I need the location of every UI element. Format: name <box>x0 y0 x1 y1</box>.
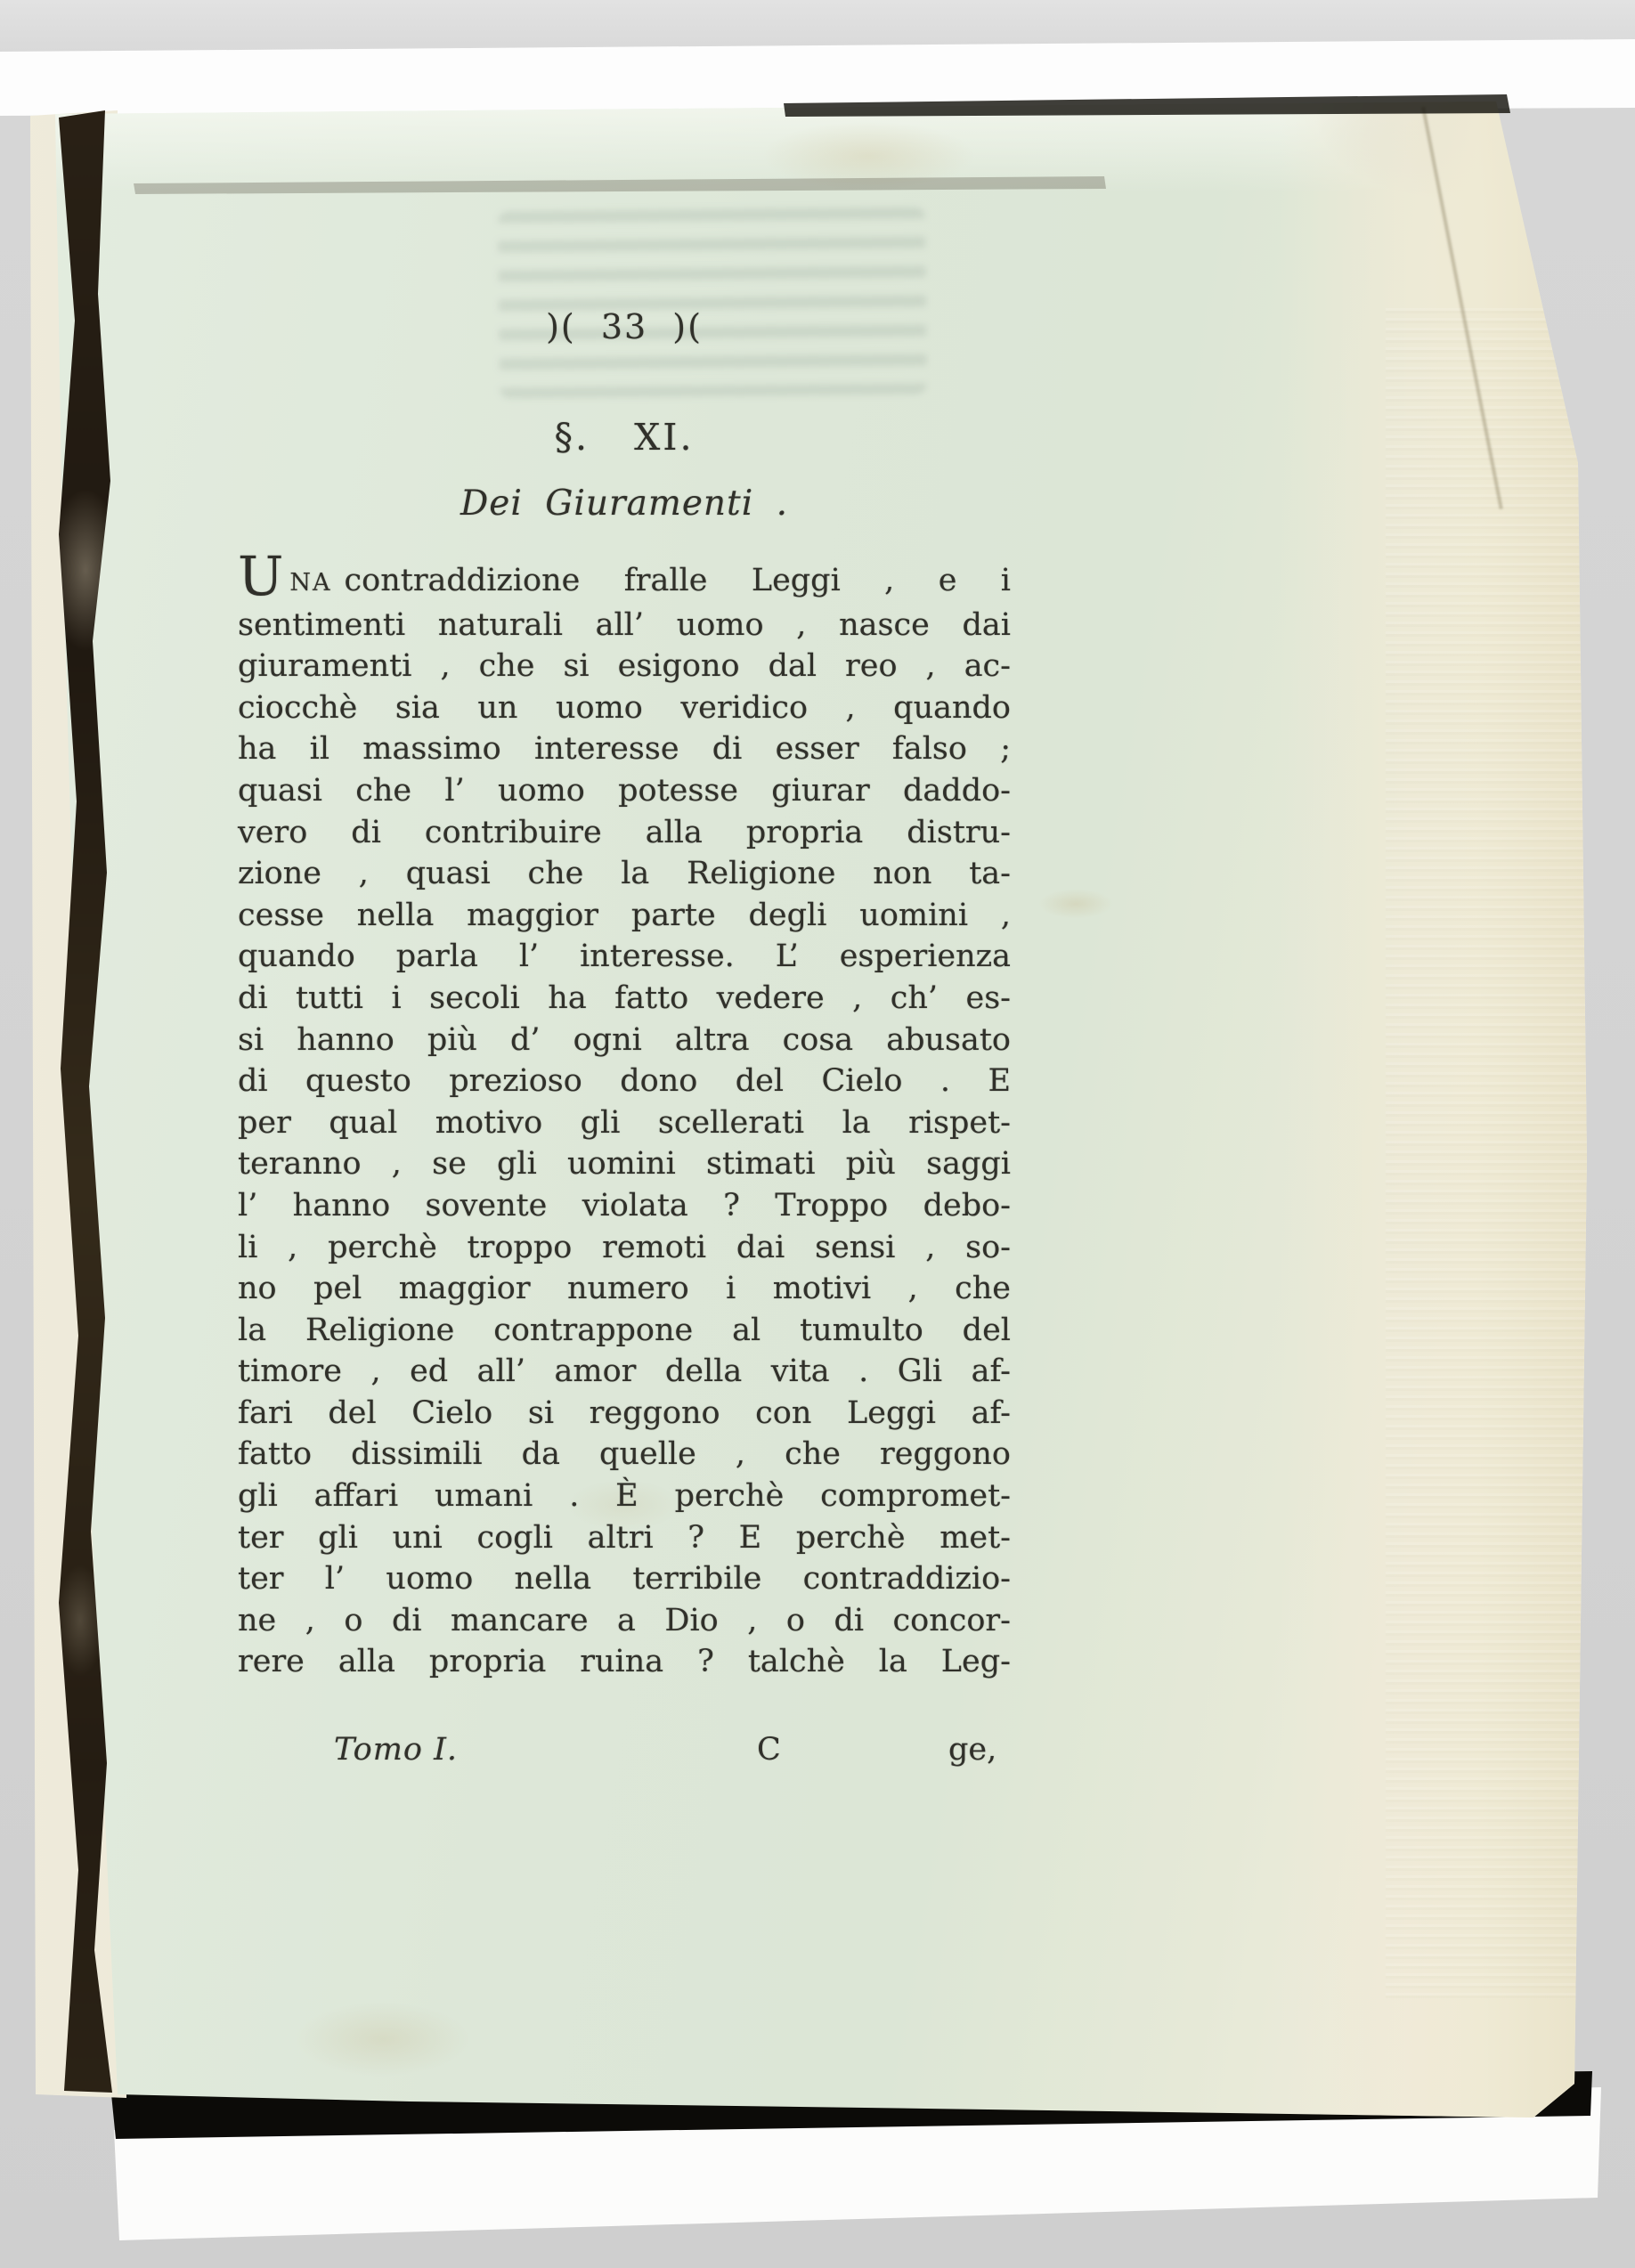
text-line: per qual motivo gli scellerati la rispet… <box>238 1102 1011 1144</box>
text-line: no pel maggior numero i motivi , che <box>238 1268 1011 1310</box>
text-line: l’ hanno sovente violata ? Troppo debo- <box>238 1185 1011 1227</box>
chapter-title: Dei Giuramenti . <box>238 484 1011 524</box>
text-line: quasi che l’ uomo potesse giurar daddo- <box>238 770 1011 812</box>
text-line: timore , ed all’ amor della vita . Gli a… <box>238 1351 1011 1393</box>
text-line: zione , quasi che la Religione non ta- <box>238 853 1011 895</box>
small-caps-initial: NA <box>289 569 331 597</box>
paragraph: UNAcontraddizione fralle Leggi , e i sen… <box>238 560 1011 1683</box>
text-line: giuramenti , che si esigono dal reo , ac… <box>238 646 1011 687</box>
text-line: vero di contribuire alla propria distru- <box>238 812 1011 854</box>
volume-label: Tomo I. <box>334 1732 458 1768</box>
text-line: cesse nella maggior parte degli uomini , <box>238 895 1011 937</box>
text-line: sentimenti naturali all’ uomo , nasce da… <box>238 605 1011 646</box>
text-line: si hanno più d’ ogni altra cosa abusato <box>238 1020 1011 1061</box>
text-line: rere alla propria ruina ? talchè la Leg- <box>238 1641 1011 1683</box>
text-line: ha il massimo interesse di esser falso ; <box>238 728 1011 770</box>
page-footer: Tomo I. C ge, <box>238 1732 1011 1776</box>
drop-cap-initial: U <box>238 545 283 608</box>
first-line-text: contraddizione fralle Leggi , e i <box>345 563 1011 598</box>
signature-mark: C <box>757 1732 781 1768</box>
catchword: ge, <box>948 1732 996 1768</box>
text-line: fatto dissimili da quelle , che reggono <box>238 1434 1011 1475</box>
text-line: ne , o di mancare a Dio , o di concor- <box>238 1600 1011 1642</box>
text-line-first: UNAcontraddizione fralle Leggi , e i <box>238 560 1011 605</box>
text-line: gli affari umani . È perchè compromet- <box>238 1475 1011 1517</box>
text-line: la Religione contrappone al tumulto del <box>238 1310 1011 1352</box>
text-line: li , perchè troppo remoti dai sensi , so… <box>238 1227 1011 1269</box>
paragraph-lines: sentimenti naturali all’ uomo , nasce da… <box>238 605 1011 1683</box>
scanned-book-photo: { "document": { "folio": ")( 33 )(", "se… <box>0 0 1635 2268</box>
text-line: quando parla l’ interesse. L’ esperienza <box>238 936 1011 978</box>
section-heading: §. XI. <box>238 416 1011 459</box>
text-line: ciocchè sia un uomo veridico , quando <box>238 687 1011 729</box>
page-number: )( 33 )( <box>238 307 1011 346</box>
show-through-ghost-text <box>498 207 927 398</box>
text-line: di tutti i secoli ha fatto vedere , ch’ … <box>238 978 1011 1020</box>
text-line: fari del Cielo si reggono con Leggi af- <box>238 1393 1011 1435</box>
text-line: di questo prezioso dono del Cielo . E <box>238 1061 1011 1102</box>
paper-fiber-texture <box>1386 308 1590 2000</box>
text-line: ter l’ uomo nella terribile contraddizio… <box>238 1558 1011 1600</box>
text-line: teranno , se gli uomini stimati più sagg… <box>238 1143 1011 1185</box>
text-line: ter gli uni cogli altri ? E perchè met- <box>238 1517 1011 1559</box>
